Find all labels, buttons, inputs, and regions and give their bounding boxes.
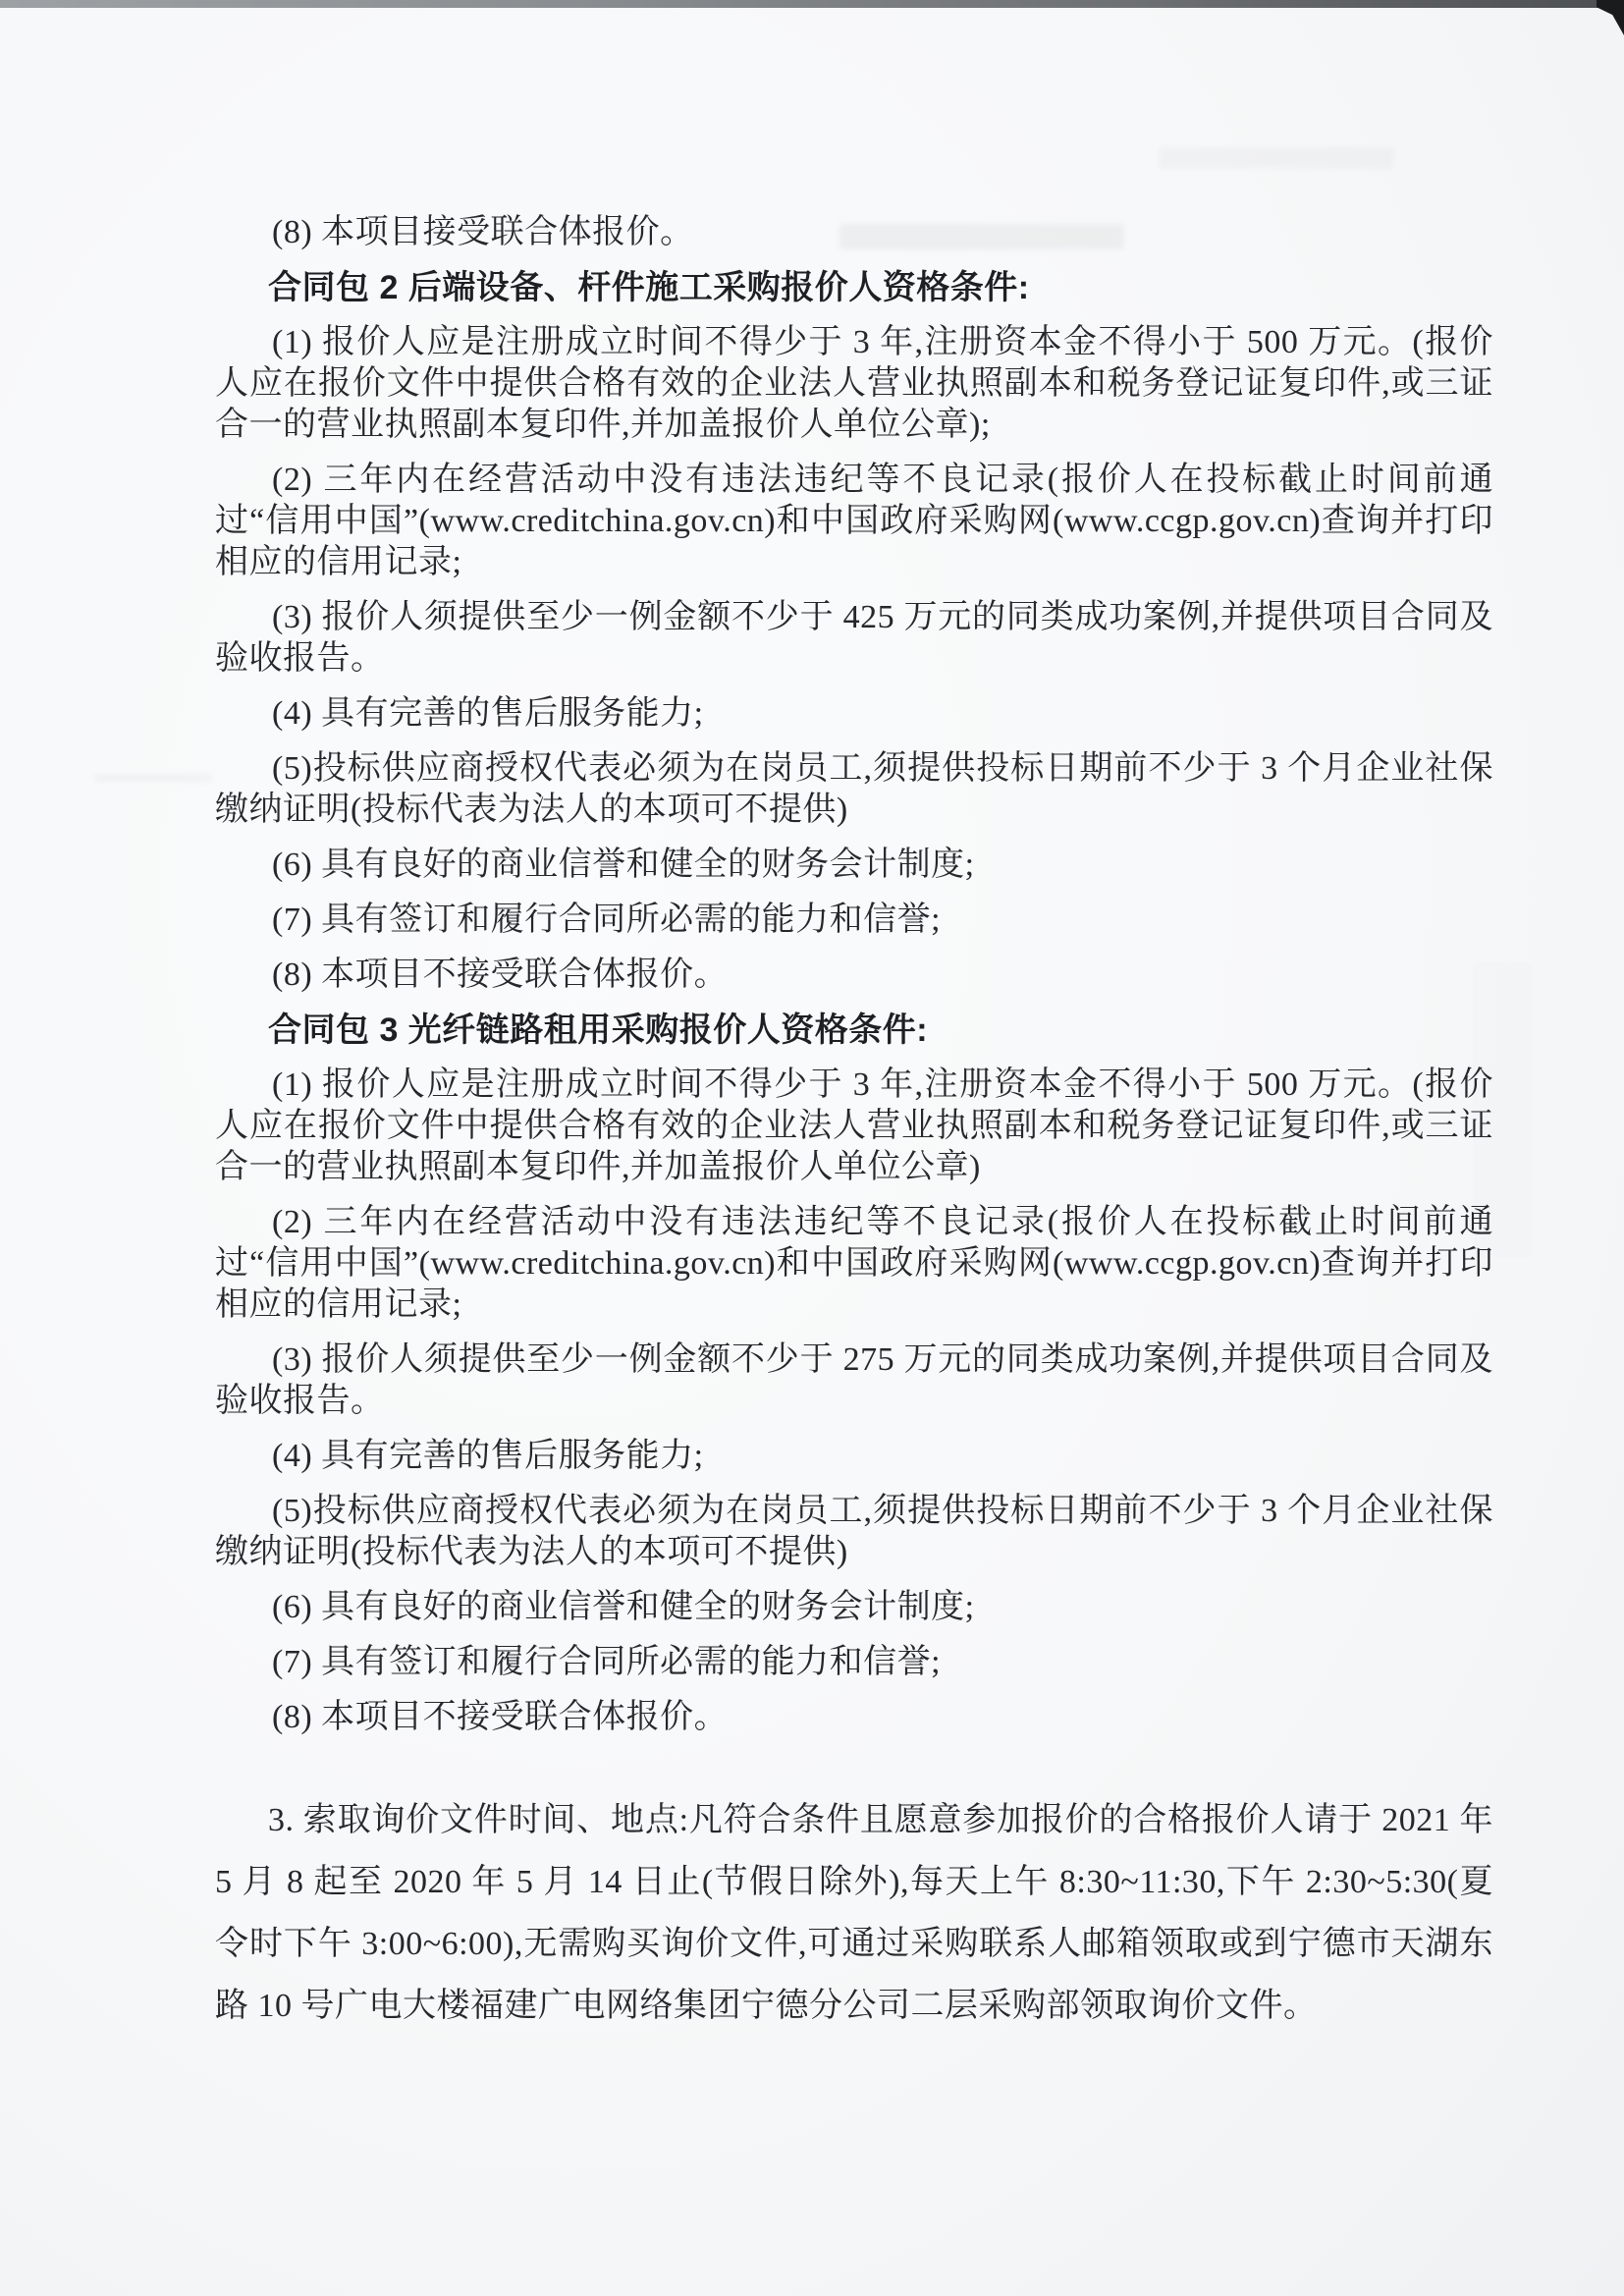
pkg2-section-heading: 合同包 2 后端设备、杆件施工采购报价人资格条件: xyxy=(215,267,1493,308)
pkg2-item-3: (3) 报价人须提供至少一例金额不少于 425 万元的同类成功案例,并提供项目合… xyxy=(215,597,1493,680)
scan-edge-artifact xyxy=(0,0,1624,8)
pkg3-item-4: (4) 具有完善的售后服务能力; xyxy=(215,1436,1493,1477)
pkg2-item-8: (8) 本项目不接受联合体报价。 xyxy=(215,955,1493,996)
pkg3-item-8: (8) 本项目不接受联合体报价。 xyxy=(215,1697,1493,1738)
pkg3-item-6: (6) 具有良好的商业信誉和健全的财务会计制度; xyxy=(215,1587,1493,1628)
bleedthrough-artifact xyxy=(1159,147,1394,169)
pkg2-item-7: (7) 具有签订和履行合同所必需的能力和信誉; xyxy=(215,900,1493,941)
pkg2-item-6: (6) 具有良好的商业信誉和健全的财务会计制度; xyxy=(215,845,1493,886)
pkg3-item-1: (1) 报价人应是注册成立时间不得少于 3 年,注册资本金不得小于 500 万元… xyxy=(215,1065,1493,1188)
pkg3-item-7: (7) 具有签订和履行合同所必需的能力和信誉; xyxy=(215,1642,1493,1683)
scanned-document-page: (8) 本项目接受联合体报价。 合同包 2 后端设备、杆件施工采购报价人资格条件… xyxy=(0,0,1624,2296)
pkg2-item-4: (4) 具有完善的售后服务能力; xyxy=(215,693,1493,735)
pkg3-item-2: (2) 三年内在经营活动中没有违法违纪等不良记录(报价人在投标截止时间前通过“信… xyxy=(215,1202,1493,1326)
pkg1-item-8: (8) 本项目接受联合体报价。 xyxy=(215,212,1493,253)
document-body: (8) 本项目接受联合体报价。 合同包 2 后端设备、杆件施工采购报价人资格条件… xyxy=(215,212,1493,2050)
document-request-paragraph: 3. 索取询价文件时间、地点:凡符合条件且愿意参加报价的合格报价人请于 2021… xyxy=(215,1789,1493,2037)
pkg2-item-1: (1) 报价人应是注册成立时间不得少于 3 年,注册资本金不得小于 500 万元… xyxy=(215,322,1493,446)
pkg2-item-2: (2) 三年内在经营活动中没有违法违纪等不良记录(报价人在投标截止时间前通过“信… xyxy=(215,460,1493,583)
scan-corner-artifact xyxy=(1597,0,1624,35)
pkg3-item-3: (3) 报价人须提供至少一例金额不少于 275 万元的同类成功案例,并提供项目合… xyxy=(215,1339,1493,1422)
pkg2-item-5: (5)投标供应商授权代表必须为在岗员工,须提供投标日期前不少于 3 个月企业社保… xyxy=(215,748,1493,831)
pkg3-section-heading: 合同包 3 光纤链路租用采购报价人资格条件: xyxy=(215,1010,1493,1051)
scan-streak-artifact xyxy=(94,774,212,782)
pkg3-item-5: (5)投标供应商授权代表必须为在岗员工,须提供投标日期前不少于 3 个月企业社保… xyxy=(215,1491,1493,1573)
